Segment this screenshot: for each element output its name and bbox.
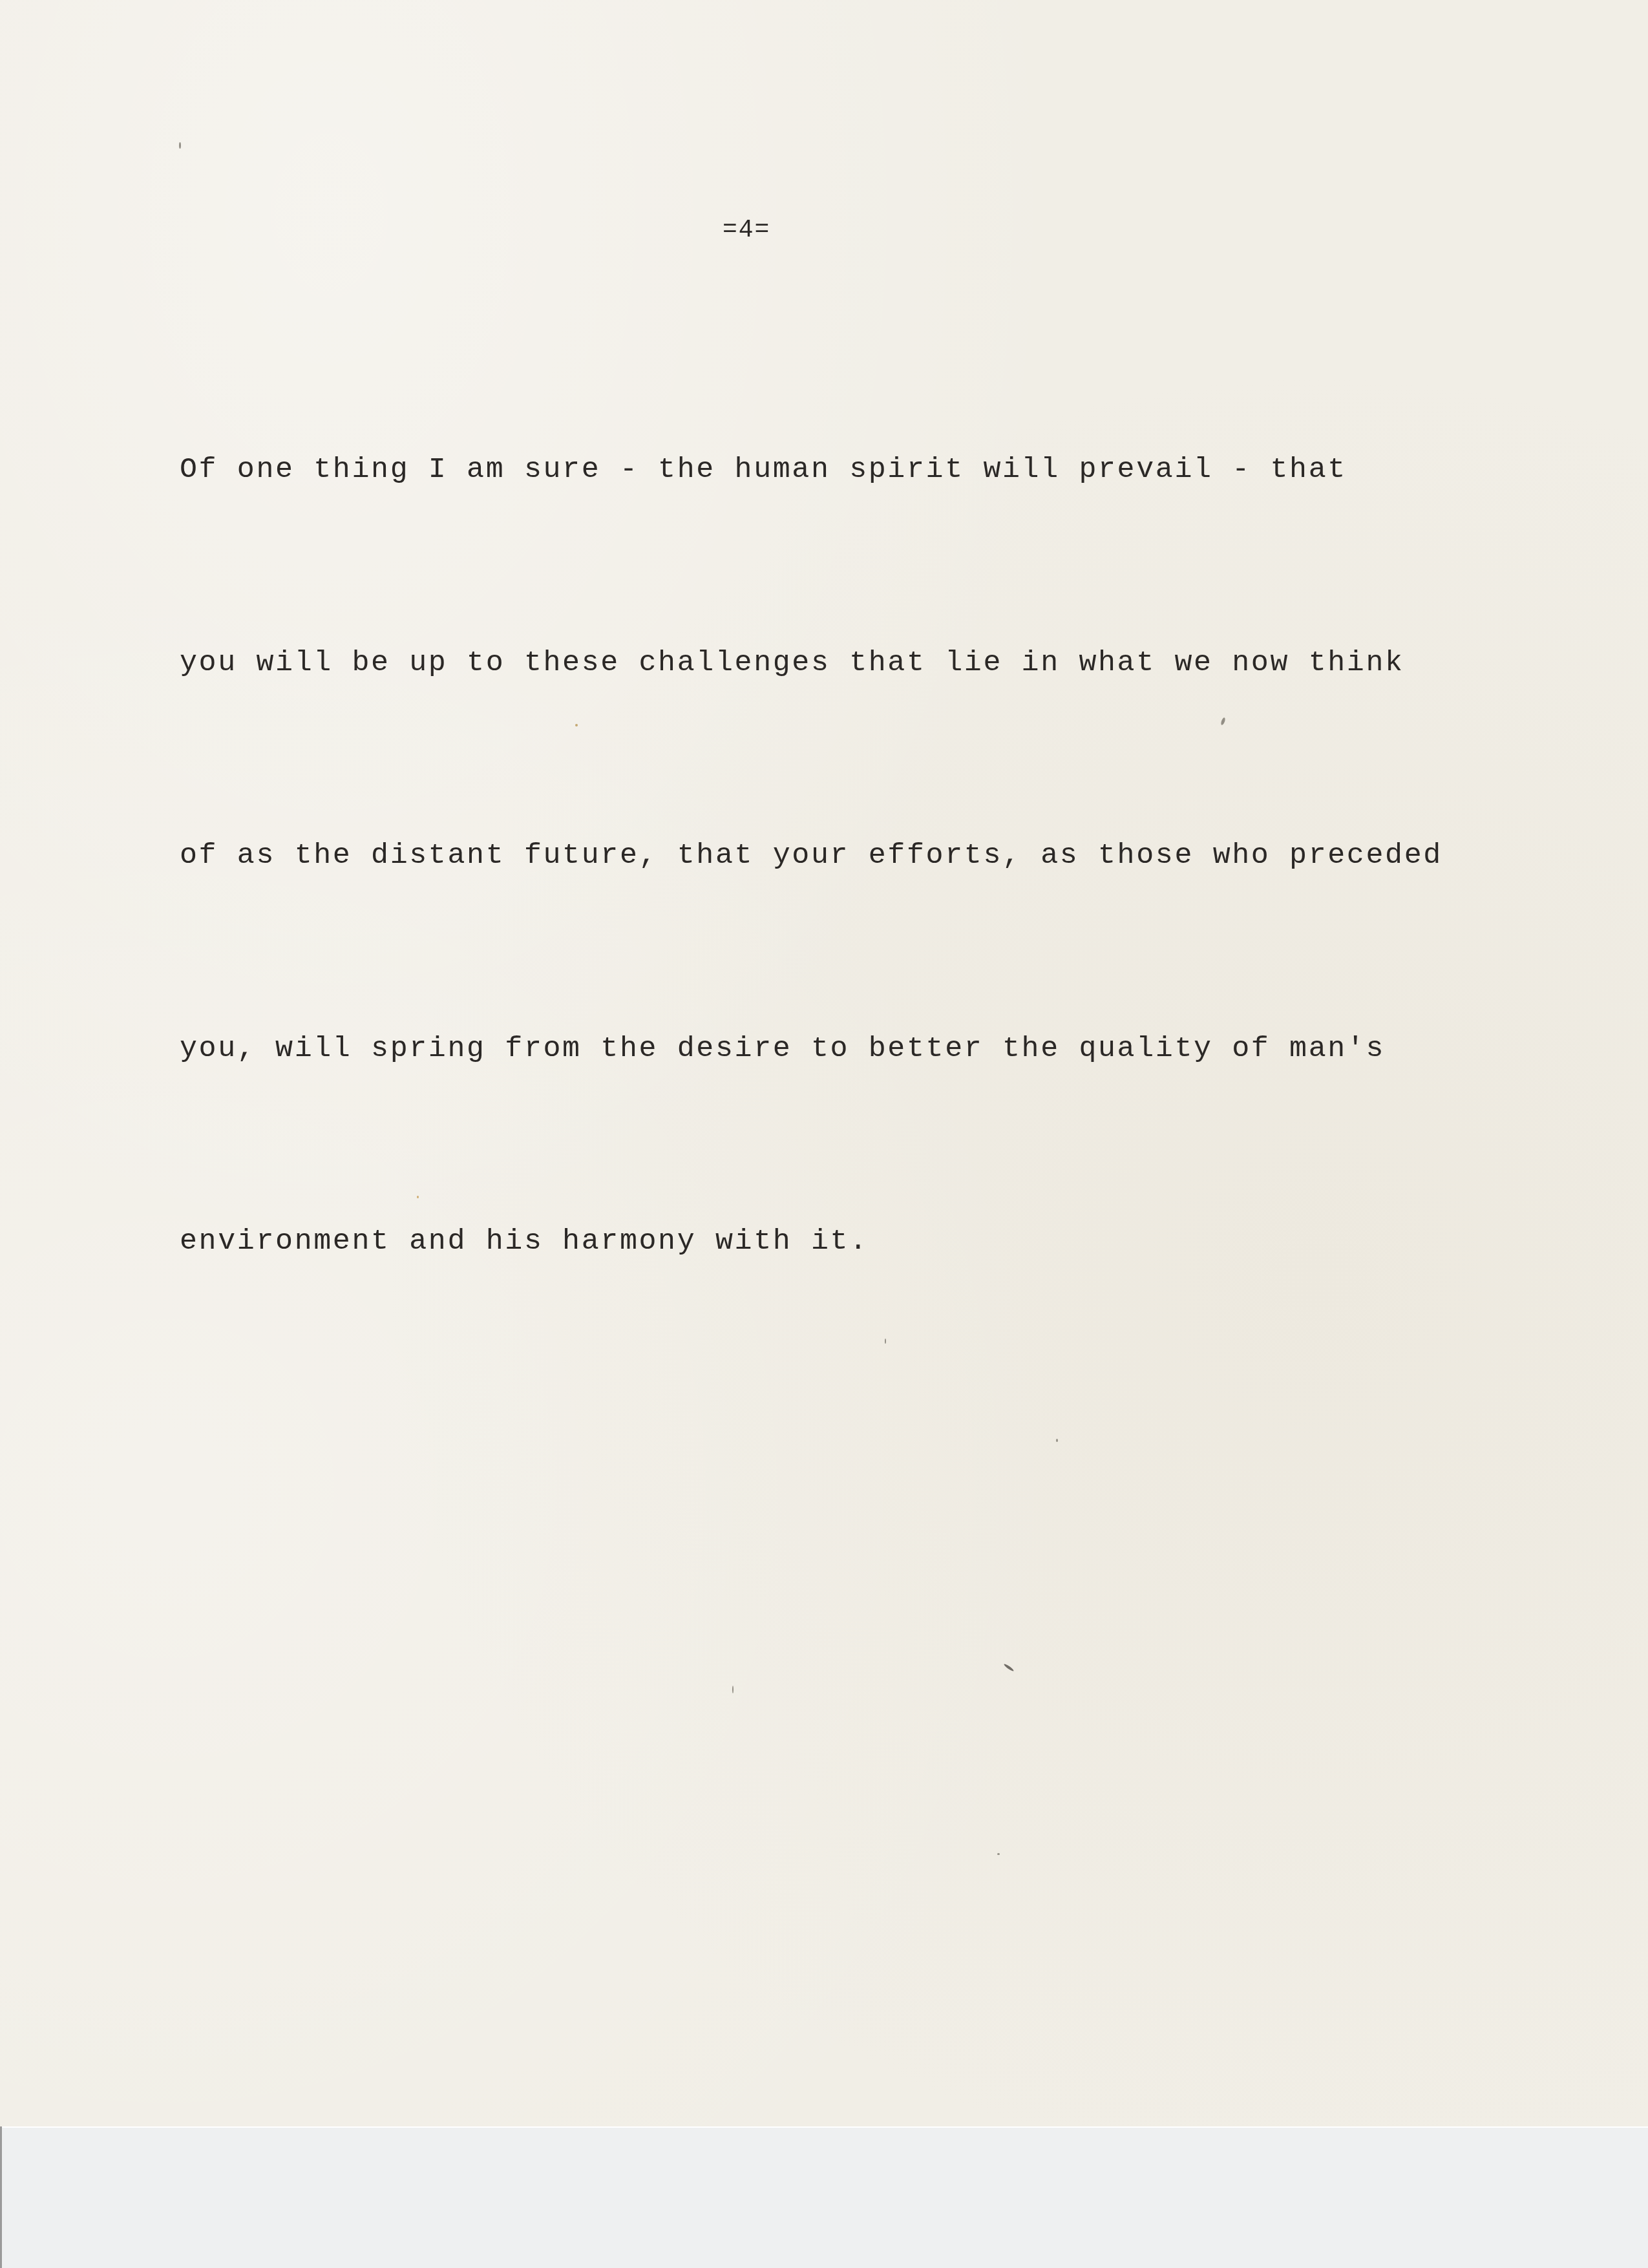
typewritten-page: =4= Of one thing I am sure - the human s… bbox=[0, 0, 1648, 2126]
paragraph-line-2: you will be up to these challenges that … bbox=[180, 631, 1442, 695]
paper-speck bbox=[732, 1686, 734, 1693]
paragraph-line-1: Of one thing I am sure - the human spiri… bbox=[180, 438, 1442, 502]
paper-speck bbox=[575, 724, 578, 726]
paragraph-line-3: of as the distant future, that your effo… bbox=[180, 823, 1442, 888]
paper-speck bbox=[1003, 1663, 1014, 1672]
paper-speck bbox=[417, 1196, 419, 1198]
paper-speck bbox=[179, 142, 181, 149]
page-number: =4= bbox=[723, 217, 770, 244]
paragraph-line-5: environment and his harmony with it. bbox=[180, 1209, 1442, 1274]
paper-speck bbox=[885, 1339, 886, 1344]
paper-speck bbox=[1056, 1439, 1058, 1442]
paper-speck bbox=[997, 1853, 1000, 1855]
body-paragraph: Of one thing I am sure - the human spiri… bbox=[180, 309, 1442, 1403]
paper-bottom-shadow bbox=[0, 2126, 2, 2268]
paragraph-line-4: you, will spring from the desire to bett… bbox=[180, 1017, 1442, 1081]
